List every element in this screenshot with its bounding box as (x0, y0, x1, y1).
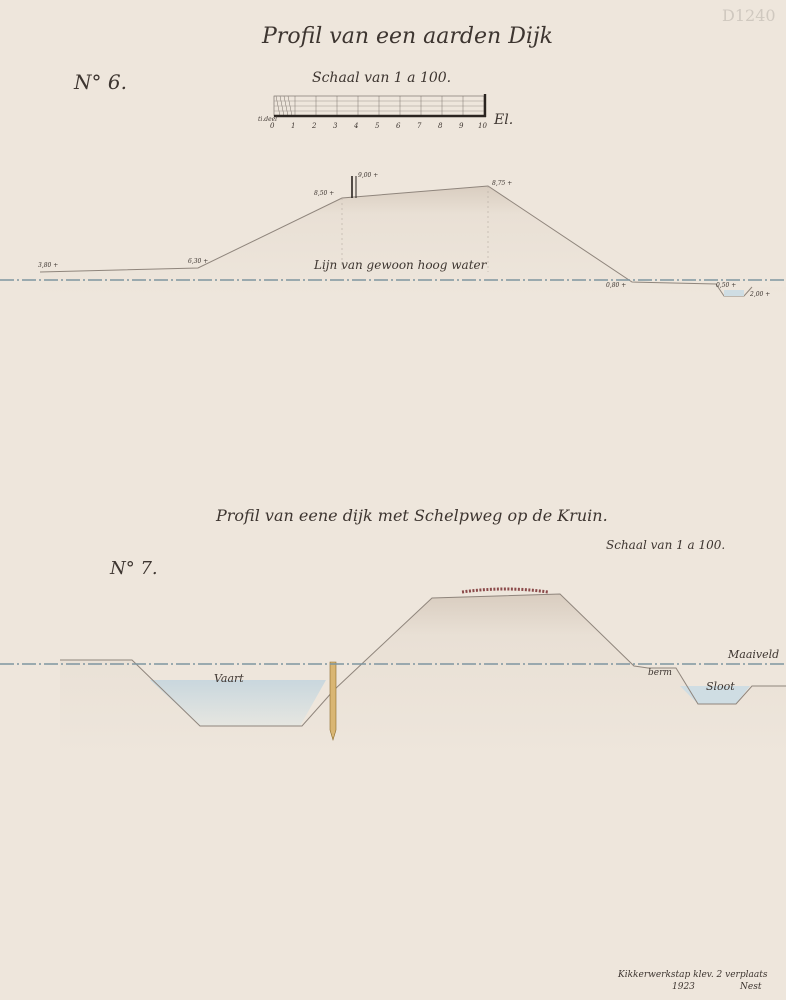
profile-7-dike (60, 589, 786, 760)
elev-ditch-edge: 0,50 + (716, 282, 736, 289)
drawing-sheet: D1240 N° 6. Profil van een aarden Dijk S… (0, 0, 786, 1000)
profile-7-scale-text: Schaal van 1 a 100. (606, 538, 725, 552)
profile-6-water-label: Lijn van gewoon hoog water (314, 258, 486, 272)
ditch-label: Sloot (706, 680, 735, 693)
footer-note-line3: Nest (740, 982, 761, 992)
elev-inner-toe: 0,80 + (606, 282, 626, 289)
elev-left-toe: 3,80 + (38, 262, 58, 269)
elev-ditch-bottom: 2,00 + (750, 291, 770, 298)
elev-post: 9,00 + (358, 172, 378, 179)
profile-7-title: Profil van eene dijk met Schelpweg op de… (216, 506, 608, 525)
profile-7-number: N° 7. (110, 558, 158, 579)
footer-note-line1: Kikkerwerkstap klev. 2 verplaats (618, 970, 767, 980)
profiles-graphic (0, 0, 786, 1000)
ground-level-label: Maaiveld (728, 648, 779, 661)
elev-berm-left: 6,30 + (188, 258, 208, 265)
elev-crown-right: 8,75 + (492, 180, 512, 187)
canal-label: Vaart (214, 672, 244, 685)
elev-crown-left: 8,50 + (314, 190, 334, 197)
berm-label: berm (648, 668, 672, 678)
footer-note-line2: 1923 (672, 982, 695, 992)
profile-6-dike (40, 176, 786, 300)
